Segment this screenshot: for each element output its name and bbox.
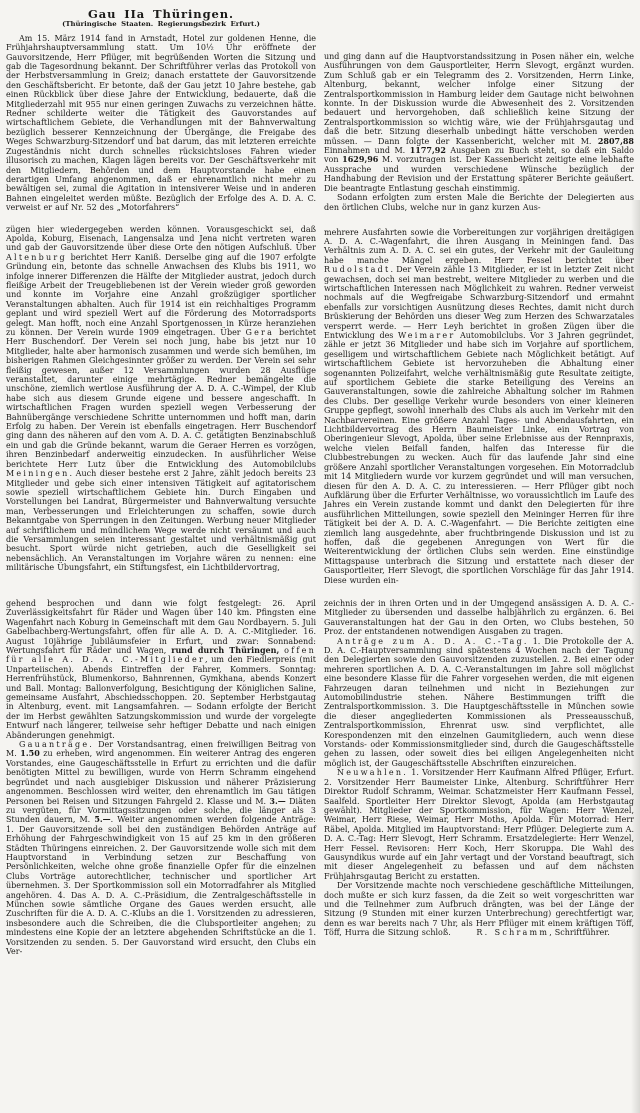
text-run: . Auch dieser bestehe erst 2 Jahre, zähl… [6,469,316,572]
paragraph: Der Vorsitzende machte noch verschiedene… [324,881,634,937]
paragraph: und ging dann auf die Hauptvorstandssitz… [324,52,634,193]
text-run: berichtet Herr Buschendorf. Der Verein s… [6,328,316,469]
paragraph: Anträge zum A. D. A. C.-Tag. 1. Die Prot… [324,637,634,769]
section-3: gehend besprochen und dann wie folgt fes… [6,599,634,956]
text-run: zeichnis der in ihren Orten und in der U… [324,599,634,636]
text-run: rund durch Thüringen, [171,645,279,655]
section-1: Gau IIa Thüringen. (Thüringische Staaten… [6,8,634,213]
text-run: 1177,92 [410,145,446,155]
text-run: Weimarer [398,331,456,340]
text-run: 1. Vorsitzender Herr Kaufmann Alfred Pfl… [324,768,634,880]
text-run: Sodann erfolgten zum ersten Male die Ber… [324,193,634,211]
text-run: , um den Fiedlerpreis (mit Unparteiische… [6,655,316,739]
paragraph: Sodann erfolgten zum ersten Male die Ber… [324,193,634,212]
text-run: mehrere Ausfahrten sowie die Vorbereitun… [324,228,634,265]
paragraph: Am 15. März 1914 fand in Arnstadt, Hotel… [6,34,316,213]
section-2-left-column: zügen hier wiedergegeben werden können. … [6,225,316,585]
paragraph: Gauanträge. Der Vorstandsantrag, einen f… [6,740,316,956]
text-run: 1629,96 [342,154,378,164]
text-run: Meiningen [6,469,70,478]
text-run: , Schriftführer. [549,928,610,937]
article-header: Gau IIa Thüringen. (Thüringische Staaten… [6,10,316,30]
page-subtitle: (Thüringische Staaten. Regierungsbezirk … [6,20,316,29]
text-run: und ging dann auf die Hauptvorstandssitz… [324,52,634,146]
text-run: Rudolstadt [324,265,391,274]
text-run: zügen hier wiedergegeben werden können. … [6,225,316,253]
text-run: . Weiter angenommen werden folgende Antr… [6,815,316,956]
text-run: 3.— [269,796,285,806]
paragraph: zeichnis der in ihren Orten und in der U… [324,599,634,637]
section-3-left-column: gehend besprochen und dann wie folgt fes… [6,599,316,956]
text-run: 1.50 [20,748,39,758]
text-run: Gera [245,328,274,337]
text-run: 2807,88 [598,136,634,146]
paragraph: mehrere Ausfahrten sowie die Vorbereitun… [324,228,634,585]
paragraph: Neuwahlen. 1. Vorsitzender Herr Kaufmann… [324,768,634,881]
text-run: Anträge zum A. D. A. C.-Tag. [337,637,529,646]
text-run: Automobilclubs. Vor 3 Jahren gegründet, … [324,331,634,585]
text-run: Altenburg [6,253,67,262]
paragraph: zügen hier wiedergegeben werden können. … [6,225,316,573]
text-run: Am 15. März 1914 fand in Arnstadt, Hotel… [6,34,316,212]
text-run: 1. Die Protokolle der A. D. A. C.-Hauptv… [324,637,634,768]
scanned-document-page: Gau IIa Thüringen. (Thüringische Staaten… [0,0,640,1113]
text-run: Neuwahlen. [337,768,408,777]
section-2: zügen hier wiedergegeben werden können. … [6,225,634,585]
text-run: . Der Verein zähle 13 Mitglieder, er ist… [324,265,634,340]
section-1-right-column: und ging dann auf die Hauptvorstandssitz… [324,8,634,213]
paragraph: gehend besprochen und dann wie folgt fes… [6,599,316,740]
section-3-right-column: zeichnis der in ihren Orten und in der U… [324,599,634,956]
section-1-left-column: Gau IIa Thüringen. (Thüringische Staaten… [6,8,316,213]
page-title: Gau IIa Thüringen. [6,10,316,19]
text-run: R. Schramm [476,928,549,937]
text-run: berichtet Herr Kaniß. Derselbe ging auf … [6,253,316,337]
section-2-right-column: mehrere Ausfahrten sowie die Vorbereitun… [324,225,634,585]
text-run: 5.— [94,814,110,824]
